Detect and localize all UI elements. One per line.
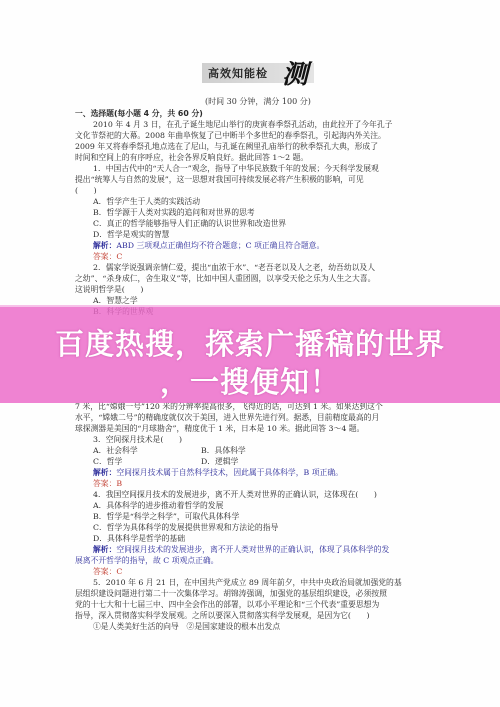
q4-answer: 答案：C bbox=[75, 566, 427, 577]
q4-option-a: A．具体科学的进步推动着哲学的发展 bbox=[75, 500, 427, 511]
q1-stem-line: 提出“统筹人与自然的发展”，这一思想对我国可持续发展必将产生积极的影响，可见 bbox=[75, 174, 427, 185]
answer-label: 答案： bbox=[93, 252, 116, 261]
q1-option-d: D．哲学是观实的智慧 bbox=[75, 229, 427, 240]
q3-option-c: C．哲学 bbox=[93, 456, 201, 467]
q4-option-d: D．具体科学是哲学的基础 bbox=[75, 533, 427, 544]
banner-big-char: 测 bbox=[282, 54, 308, 91]
analysis-label: 解析： bbox=[93, 468, 116, 477]
intro1-line: 2009 年又将春季祭孔地点选在了尼山，与孔诞在阙里孔庙举行的秋季祭孔大典，形成… bbox=[75, 141, 427, 152]
q2-stem-line: 这说明哲学是( ) bbox=[75, 284, 427, 295]
q3-analysis: 解析：空间探月技术属于自然科学技术，因此属于具体科学，B 项正确。 bbox=[75, 467, 427, 478]
q5-stem-line: 5．2010 年 6 月 21 日，在中国共产党成立 89 周年前夕，中共中央政… bbox=[75, 577, 427, 588]
q5-stem-line: 层组织建设问题进行第二十一次集体学习。胡锦涛强调，加强党的基层组织建设，必须按照 bbox=[75, 588, 427, 599]
analysis-text: ABD 三项观点正确但均不符合题意；C 项正确且符合题意。 bbox=[116, 241, 324, 250]
q1-option-c: C．真正的哲学能够指导人们正确的认识世界和改造世界 bbox=[75, 218, 427, 229]
q3-stem: 3．空间探月技术是( ) bbox=[75, 434, 427, 445]
q1-option-b: B．哲学源于人类对实践的追问和对世界的思考 bbox=[75, 207, 427, 218]
q3-option-d: D．逻辑学 bbox=[201, 456, 309, 467]
q3-options-row: C．哲学 D．逻辑学 bbox=[75, 456, 427, 467]
answer-value: B bbox=[116, 479, 122, 488]
answer-label: 答案： bbox=[93, 479, 116, 488]
intro1-line: 文化节祭祀的大幕。2008 年曲阜恢复了已中断半个多世纪的春季祭孔，引起海内外关… bbox=[75, 130, 427, 141]
q5-stem-line: 党的十七大和十七届三中、四中全会作出的部署，以邓小平理论和“三个代表”重要思想为 bbox=[75, 599, 427, 610]
answer-label: 答案： bbox=[93, 567, 116, 576]
q1-analysis: 解析：ABD 三项观点正确但均不符合题意；C 项正确且符合题意。 bbox=[75, 240, 427, 251]
intro1-line: 时间和空间上的有序呼应，社会各界反响良好。据此回答 1～2 题。 bbox=[75, 152, 427, 163]
banner-label: 高效知能检 bbox=[202, 65, 268, 81]
q1-stem-line: 1．中国古代中的“天人合一”观念，指导了中华民族数千年的发展；今天科学发展观 bbox=[75, 163, 427, 174]
analysis-text: 空间探月技术的发展进步，离不开人类对世界的正确认识，体现了具体科学的发 bbox=[116, 545, 389, 554]
intro2-line: 球探测器是美国的“月球勘舍”，精度优于 1 米，日本是 10 米。据此回答 3～… bbox=[75, 423, 427, 434]
promo-overlay-banner[interactable]: 百度热搜，探索广播稿的世界 ，一搜便知！ bbox=[0, 305, 500, 403]
analysis-label: 解析： bbox=[93, 241, 116, 250]
q1-option-a: A．哲学产生于人类的实践活动 bbox=[75, 196, 427, 207]
q2-stem-line: 之幼”、“杀身成仁，舍生取义”等，比如中国人重团圆，以享受天伦之乐为人生之大喜。 bbox=[75, 273, 427, 284]
promo-headline: 百度热搜，探索广播稿的世界 bbox=[0, 322, 500, 363]
section-title: 一、选择题(每小题 4 分，共 60 分) bbox=[75, 108, 427, 119]
intro1-line: 2010 年 4 月 3 日，在孔子诞生地尼山举行的庚寅春季祭孔活动，由此拉开了… bbox=[75, 119, 427, 130]
q1-stem-line: ( ) bbox=[75, 185, 427, 196]
answer-value: C bbox=[116, 567, 122, 576]
q4-analysis: 解析：空间探月技术的发展进步，离不开人类对世界的正确认识，体现了具体科学的发 bbox=[75, 544, 427, 555]
lower-content: 7 米，比“嫦娥一号”120 米的分辨率提高很多，飞得近的话，可达到 1 米。如… bbox=[75, 401, 427, 632]
q4-analysis-cont: 展离不开哲学的指导，故 C 项观点正确。 bbox=[75, 555, 427, 566]
q4-stem: 4．我国空间探月技术的发展进步，离不开人类对世界的正确认识，这体现在( ) bbox=[75, 489, 427, 500]
time-score-note: (时间 30 分钟，满分 100 分) bbox=[205, 96, 311, 107]
promo-subline: ，一搜便知！ bbox=[0, 360, 500, 401]
document-page: 高效知能检 测 (时间 30 分钟，满分 100 分) 一、选择题(每小题 4 … bbox=[0, 0, 500, 707]
analysis-label: 解析： bbox=[93, 545, 116, 554]
q3-options-row: A．社会科学 B．具体科学 bbox=[75, 445, 427, 456]
q3-option-a: A．社会科学 bbox=[93, 445, 201, 456]
answer-value: C bbox=[116, 252, 122, 261]
q5-options: ①是人类美好生活的向导 ②是国家建设的根本出发点 bbox=[75, 621, 427, 632]
q1-answer: 答案：C bbox=[75, 251, 427, 262]
q3-answer: 答案：B bbox=[75, 478, 427, 489]
upper-content: 一、选择题(每小题 4 分，共 60 分) 2010 年 4 月 3 日，在孔子… bbox=[75, 108, 427, 317]
intro2-line: 水平，“嫦娥二号”的精确度就仅次于美国，进入世界先进行列。据悉，目前精度最高的月 bbox=[75, 412, 427, 423]
q3-option-b: B．具体科学 bbox=[201, 445, 309, 456]
q5-stem-line: 指导，深入贯彻落实科学发展观。之所以要深入贯彻落实科学发展观，是因为它( ) bbox=[75, 610, 427, 621]
analysis-text: 空间探月技术属于自然科学技术，因此属于具体科学，B 项正确。 bbox=[116, 468, 343, 477]
q4-option-c: C．哲学为具体科学的发展提供世界观和方法论的指导 bbox=[75, 522, 427, 533]
q2-stem-line: 2．儒家学说强调亲情仁爱，提出“血浓于水”、“老吾老以及人之老，幼吾幼以及人 bbox=[75, 262, 427, 273]
q4-option-b: B．哲学是“科学之科学”，可取代具体科学 bbox=[75, 511, 427, 522]
